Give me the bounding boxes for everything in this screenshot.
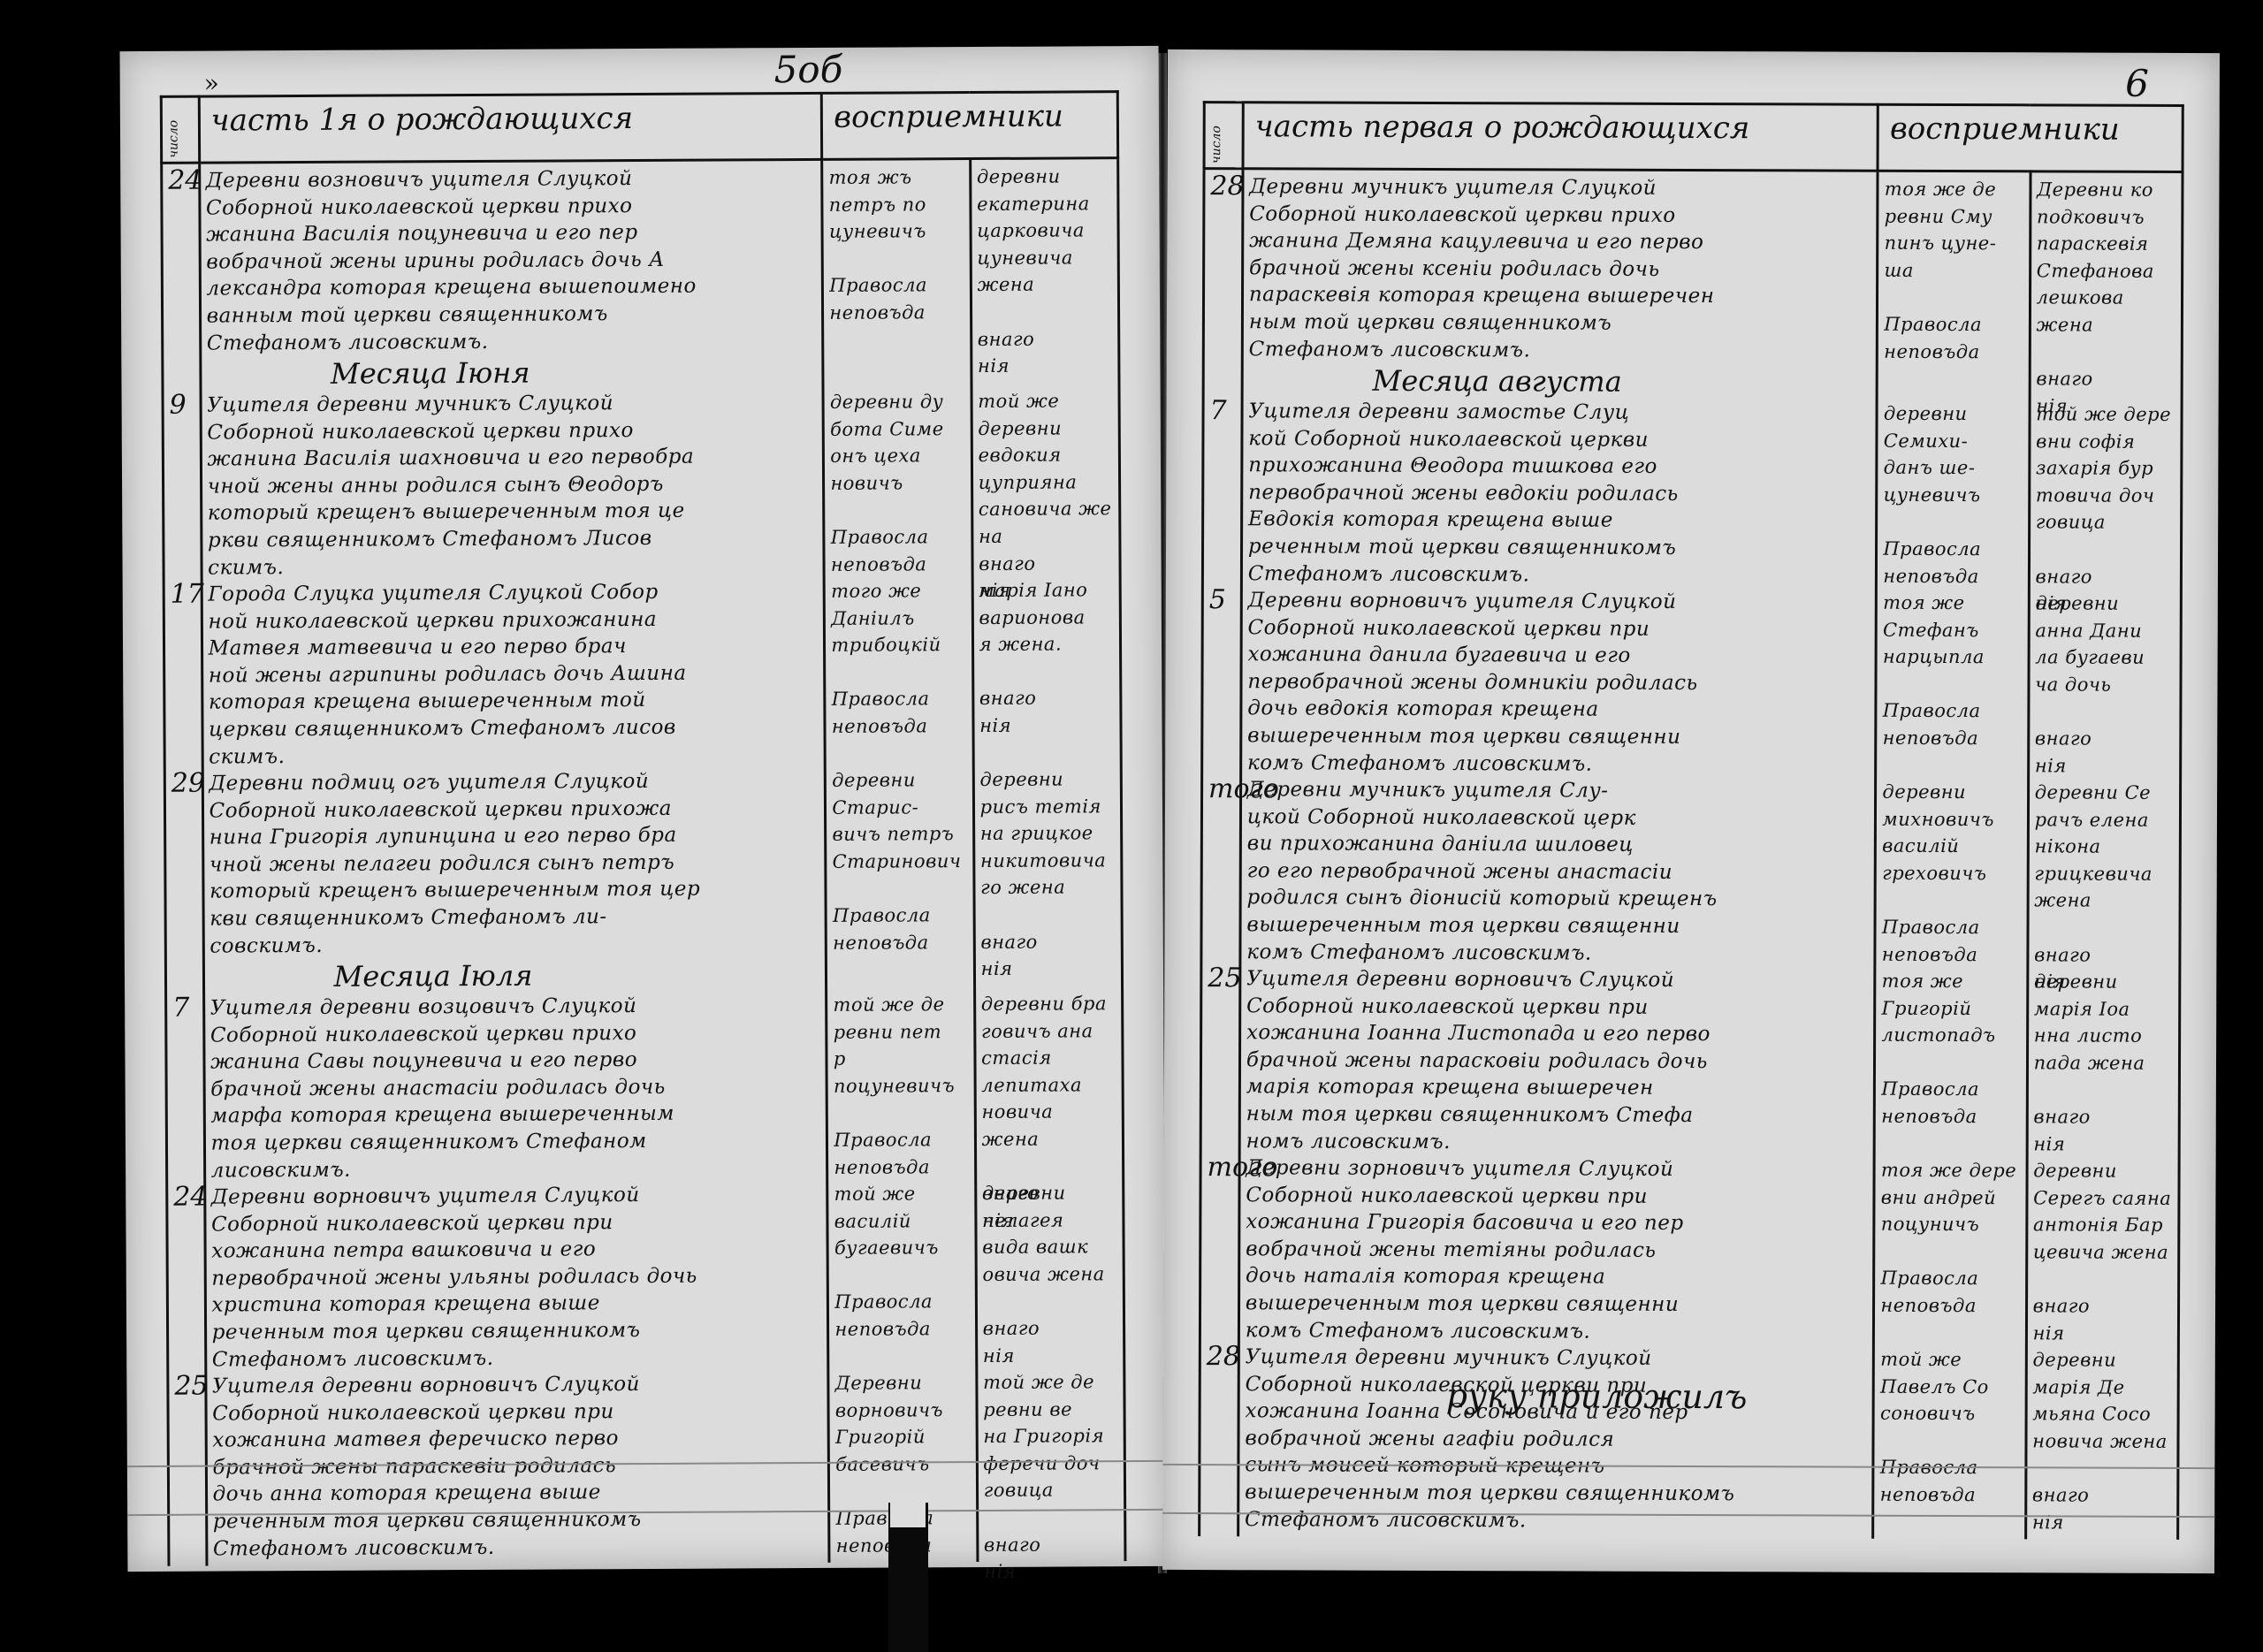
record-column: Деревни возновичъ уцителя Слуцкой Соборн…	[199, 159, 829, 1565]
godparent-1: той же василій бугаевичъ Правосла неповъ…	[834, 1180, 970, 1370]
godparent-2: деревни Серегъ саяна антонія Бар цевича …	[2033, 1157, 2173, 1347]
entry-day: 28	[1206, 1344, 1232, 1533]
godparent-2: Деревни ко подковичъ параскевія Стефанов…	[2036, 176, 2175, 366]
godparent-2: той же деревни евдокия цуприяна сановича…	[978, 387, 1113, 577]
left-page: » 5об число часть 1я о рождающихся воспр…	[120, 46, 1167, 1572]
entry-day: 7	[1209, 398, 1236, 587]
header-main: часть первая о рождающихся	[1243, 103, 1878, 171]
godparent-1: той же Павелъ Со соновичъ Правосла непов…	[1879, 1346, 2019, 1536]
record-text: Деревни подмиц огъ уцителя Слуцкой Собор…	[209, 767, 819, 960]
godparent-2-column: Деревни ко подковичъ параскевія Стефанов…	[2025, 171, 2183, 1540]
entry-day: того	[1207, 1154, 1233, 1344]
godparent-1: тоя жъ петръ по цуневичъ Правосла неповъ…	[829, 164, 964, 354]
godparent-2: деревни марія Іоа нна листо пада жена вн…	[2033, 968, 2173, 1158]
godparent-2: марія Іано варионова я жена. внаго нія	[979, 576, 1114, 766]
godparent-1: тоя же дере вни андрей поцуничъ Правосла…	[1880, 1157, 2020, 1347]
godparent-1: того же Даніилъ трибоцкій Правосла непов…	[831, 577, 966, 767]
folio-number: 5об	[773, 48, 842, 91]
folio-number: 6	[2125, 62, 2149, 105]
record-text: Уцителя деревни мучникъ Слуцкой Соборной…	[1245, 1344, 1867, 1534]
record-text: Уцителя деревни ворновичъ Слуцкой Соборн…	[1246, 965, 1869, 1156]
godparent-2: деревни бра говичъ ана стасія лепитаха н…	[981, 990, 1116, 1180]
record-text: Города Слуцка уцителя Слуцкой Собор ной …	[208, 578, 819, 771]
entry-day: 24	[173, 1184, 199, 1374]
entry-day: 28	[1210, 173, 1237, 362]
godparent-1: деревни Семихи- данъ ше- цуневичъ Правос…	[1883, 400, 2023, 590]
month-heading: Месяца августа	[1248, 362, 1871, 400]
day-column: 28 7 5 того 25 того 28	[1200, 169, 1243, 1537]
entry-day: 25	[174, 1374, 200, 1563]
godparent-2-column: деревни екатерина царковича цуневича жен…	[970, 158, 1125, 1562]
entry-day: 9	[170, 392, 195, 582]
godparent-2: деревни пелагея вида вашк овича жена вна…	[982, 1179, 1117, 1369]
month-heading: Месяца Іюня	[207, 354, 817, 392]
corner-mark: »	[204, 69, 219, 98]
header-godparents: восприемники	[1878, 104, 2183, 171]
godparent-1: деревни ду бота Симе онъ цеха новичъ Пра…	[830, 388, 965, 578]
godparent-2: деревни Се рачъ елена нікона грицкевича …	[2034, 779, 2174, 969]
godparent-1: тоя же Григорій листопадъ Правосла непов…	[1881, 968, 2021, 1158]
record-text: Уцителя деревни мучникъ Слуцкой Соборной…	[207, 389, 818, 582]
header-number: число	[161, 96, 199, 163]
godparent-1: тоя же Стефанъ нарцыпла Правосла неповъд…	[1882, 590, 2022, 780]
record-text: Уцителя деревни замостье Слуц кой Соборн…	[1248, 398, 1871, 589]
record-text: Деревни мучникъ уцителя Слу- цкой Соборн…	[1246, 776, 1869, 967]
record-text: Деревни возновичъ уцителя Слуцкой Соборн…	[206, 164, 817, 357]
godparent-2: деревни марія Де мьяна Сосо новича жена …	[2032, 1346, 2172, 1536]
book-spread: » 5об число часть 1я о рождающихся воспр…	[0, 0, 2263, 1652]
register-table: число часть 1я о рождающихся восприемник…	[160, 90, 1127, 1566]
godparent-2: деревни екатерина царковича цуневича жен…	[977, 163, 1112, 353]
header-godparents: восприемники	[822, 92, 1118, 160]
bookmark-ribbon	[888, 1503, 928, 1652]
entry-day: 5	[1208, 587, 1235, 776]
register-table: число часть первая о рождающихся восприе…	[1198, 101, 2184, 1540]
record-text: Деревни мучникъ уцителя Слуцкой Соборной…	[1249, 173, 1871, 364]
month-heading: Месяца Іюля	[210, 956, 819, 995]
record-text: Деревни зорновичъ уцителя Слуцкой Соборн…	[1246, 1154, 1868, 1345]
entry-day: того	[1208, 776, 1234, 965]
godparent-1: тоя же де ревни Сму пинъ цуне- ша Правос…	[1884, 176, 2023, 366]
godparent-1-column: тоя же де ревни Сму пинъ цуне- ша Правос…	[1873, 171, 2031, 1539]
record-text: Деревни ворновичъ уцителя Слуцкой Соборн…	[211, 1181, 822, 1374]
entry-day: 17	[171, 582, 196, 771]
godparent-1: деревни Старис- вичъ петръ Старинович Пр…	[832, 766, 967, 956]
header-number: число	[1204, 103, 1243, 169]
entry-day: 24	[168, 168, 194, 357]
header-main: часть 1я о рождающихся	[199, 93, 822, 163]
entry-day: 7	[172, 995, 198, 1184]
godparent-1: деревни михновичъ василій греховичъ Прав…	[1882, 779, 2022, 969]
entry-day: 29	[171, 771, 197, 960]
record-column: Деревни мучникъ уцителя Слуцкой Соборной…	[1238, 169, 1878, 1539]
godparent-1-column: тоя жъ петръ по цуневичъ Правосла неповъ…	[822, 159, 978, 1563]
right-page: 6 число часть первая о рождающихся воспр…	[1162, 49, 2220, 1573]
entry-day: 25	[1208, 965, 1234, 1154]
godparent-2: той же дере вни софія захарія бур товича…	[2036, 400, 2175, 590]
record-text: Уцителя деревни возцовичъ Слуцкой Соборн…	[210, 992, 821, 1184]
record-text: Деревни ворновичъ уцителя Слуцкой Соборн…	[1247, 587, 1870, 778]
godparent-1: той же де ревни пет р поцуневичъ Правосл…	[833, 991, 968, 1181]
signature: руку приложилъ	[1446, 1376, 1748, 1416]
godparent-2: деревни анна Дани ла бугаеви ча дочь вна…	[2035, 590, 2175, 780]
godparent-2: деревни рисъ тетія на грицкое никитовича…	[979, 765, 1115, 955]
godparent-2: той же де ревни ве на Григорія феречи до…	[983, 1368, 1118, 1558]
